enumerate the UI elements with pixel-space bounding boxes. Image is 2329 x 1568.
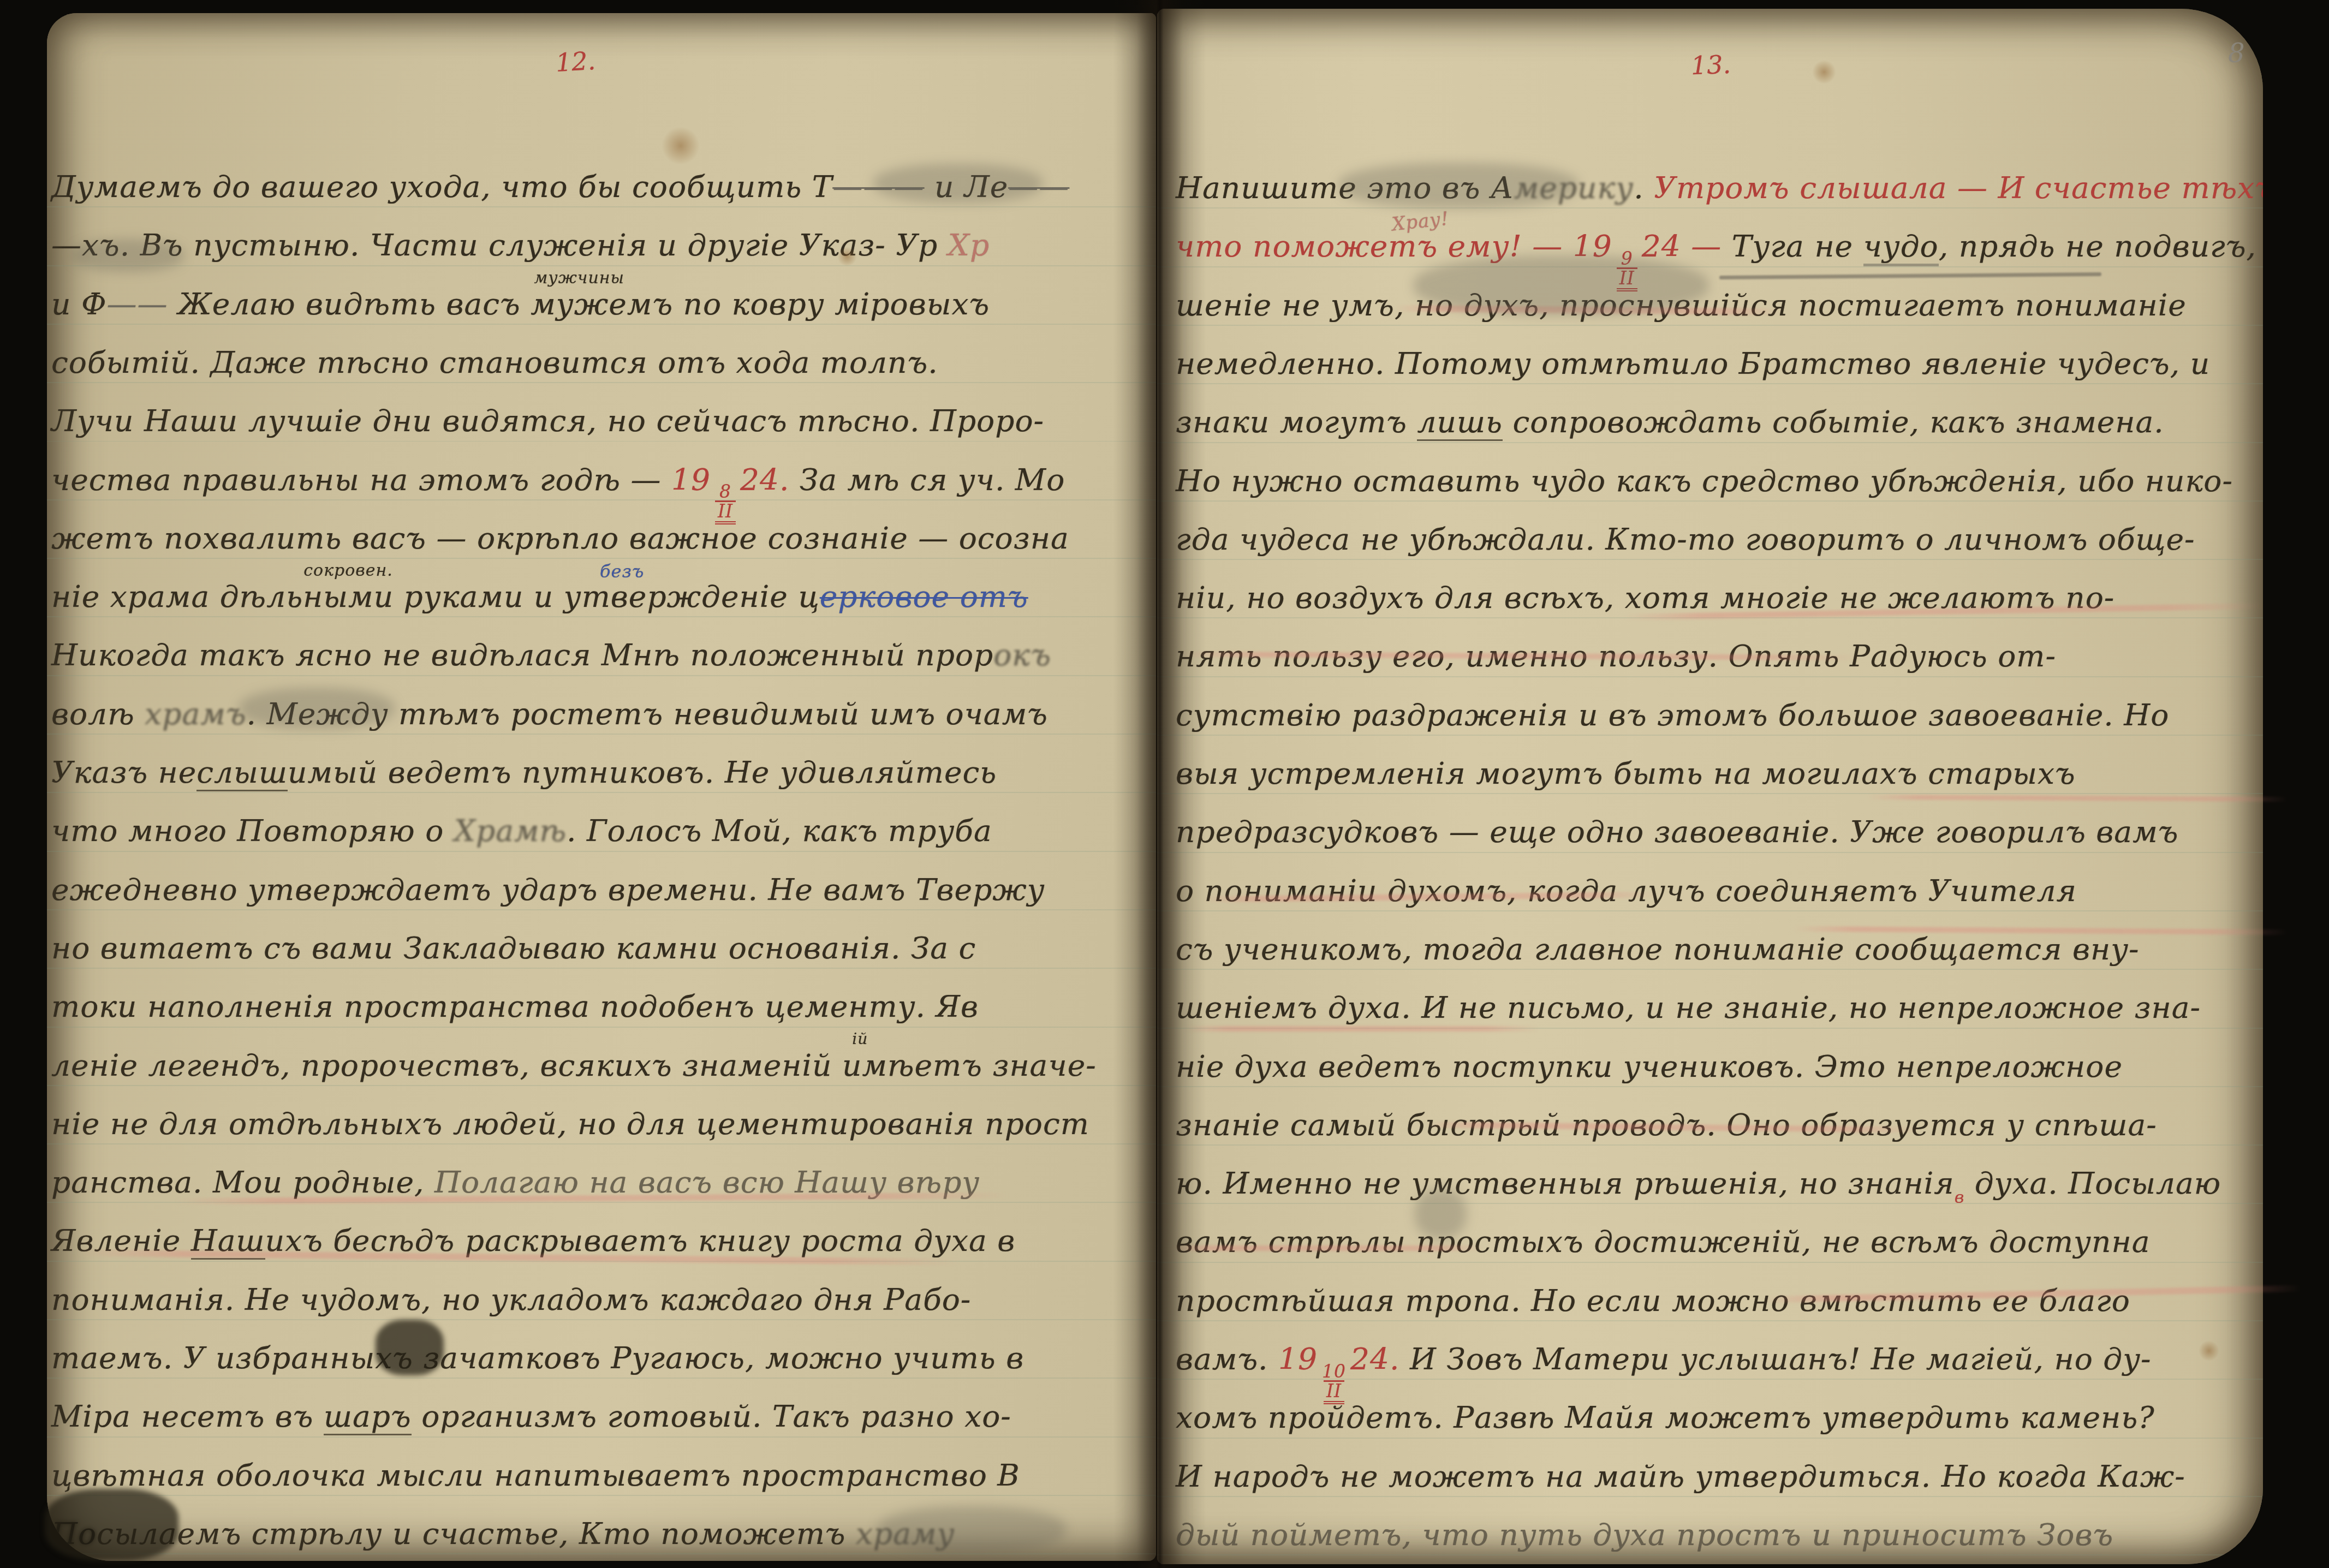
text-segment: ежедневно утверждаетъ ударъ времени. Не …: [51, 872, 1045, 907]
text-segment: Но нужно оставить чудо какъ средство убѣ…: [1176, 463, 2233, 498]
manuscript-line-left-1: Думаемъ до вашего ухода, что бы сообщить…: [51, 159, 1148, 214]
manuscript-line-right-9: нять пользу его, именно пользу. Опять Ра…: [1176, 629, 2256, 683]
text-segment: пониманія. Не чудомъ, но укладомъ каждаг…: [51, 1282, 971, 1317]
text-segment: хомъ пройдетъ. Развѣ Майя можетъ утверди…: [1176, 1400, 2155, 1435]
manuscript-line-left-12: что много Повторяю о Храмѣ. Голосъ Мой, …: [51, 803, 1148, 858]
text-segment: Думаемъ до вашего ухода, что бы сообщить…: [51, 169, 832, 204]
manuscript-line-left-22: Міра несетъ въ шаръ организмъ готовый. Т…: [51, 1389, 1148, 1444]
manuscript-line-right-3: шеніе не умъ, но духъ, проснувшійся пост…: [1176, 278, 2256, 332]
manuscript-line-left-2: —хъ. Въ пустыню. Части служенія и другіе…: [51, 218, 1148, 272]
manuscript-line-right-4: немедленно. Потому отмѣтило Братство явл…: [1176, 336, 2256, 391]
text-segment: ерковое отъ: [820, 579, 1028, 614]
text-segment: храмъ: [145, 696, 246, 731]
text-segment: 24 —: [1642, 229, 1722, 264]
manuscript-line-right-2: что поможетъ ему! — 199II24 — Туга не чу…: [1176, 219, 2256, 273]
manuscript-line-right-12: предразсудковъ — еще одно завоеваніе. Уж…: [1176, 804, 2256, 859]
manuscript-line-right-23: И народъ не можетъ на майѣ утвердиться. …: [1176, 1449, 2256, 1504]
text-segment: ю. Именно не умственныя рѣшенія, но знан…: [1176, 1166, 1955, 1201]
text-segment: лишь: [1417, 404, 1503, 441]
manuscript-line-left-8: ніе храма дѣльными руками и утвержденіе …: [51, 569, 1148, 624]
text-segment: жетъ похвалить васъ — окрѣпло важное соз…: [51, 521, 1069, 556]
text-segment: ———: [832, 169, 924, 204]
text-segment: в: [1955, 1188, 1965, 1207]
manuscript-line-left-3: и Ф—— Желаю видѣть васъ мужемъ по ковру …: [51, 277, 1148, 331]
text-segment: простѣйшая тропа. Но если можно вмѣстить…: [1176, 1283, 2130, 1318]
manuscript-line-right-24: дый пойметъ, что путь духа простъ и прин…: [1176, 1507, 2256, 1562]
text-segment: По: [51, 1516, 97, 1551]
text-segment: ——: [1008, 169, 1069, 204]
interline-insert: сокровен.: [303, 563, 393, 579]
manuscript-line-right-15: шеніемъ духа. И не письмо, и не знаніе, …: [1176, 980, 2256, 1035]
manuscript-line-right-10: сутствію раздраженія и въ этомъ большое …: [1176, 688, 2256, 742]
text-segment: съ ученикомъ, тогда главное пониманіе со…: [1176, 932, 2140, 967]
text-segment: организмъ готовый. Такъ разно хо-: [412, 1399, 1011, 1434]
text-segment: чудо: [1863, 229, 1939, 266]
manuscript-line-right-19: вамъ стрѣлы простыхъ достиженій, не всѣм…: [1176, 1214, 2256, 1269]
text-segment: слыш: [196, 755, 288, 791]
text-segment: .: [1634, 170, 1654, 205]
left-page: Думаемъ до вашего ухода, что бы сообщить…: [47, 13, 1156, 1561]
corner-numeral: 8: [2228, 38, 2245, 69]
text-segment: Храмѣ: [454, 813, 567, 848]
text-segment: 24.: [1350, 1342, 1399, 1376]
text-segment: дый пойметъ, что путь духа простъ и прин…: [1176, 1517, 2113, 1552]
manuscript-line-left-18: ранства. Мои родные, Полагаю на васъ всю…: [51, 1155, 1148, 1209]
text-segment: цвѣтная оболочка мысли напитываетъ прост…: [51, 1458, 1020, 1493]
text-segment: Утромъ слышала — И счастье тѣхъ: [1654, 170, 2263, 205]
text-segment: Наш: [191, 1223, 265, 1260]
text-segment: ранства. Мои родные,: [51, 1165, 434, 1200]
text-segment: вамъ.: [1176, 1342, 1278, 1376]
text-segment: Лучи Наши лучшіе дни видятся, но сейчасъ…: [51, 403, 1044, 438]
text-segment: мужемъ по ковру міровыхъ: [531, 287, 990, 321]
interline-insert: Храу!: [1391, 210, 1450, 234]
text-segment: немедленно. Потому отмѣтило Братство явл…: [1176, 346, 2210, 381]
manuscript-line-right-8: ніи, но воздухъ для всѣхъ, хотя многіе н…: [1176, 570, 2256, 625]
manuscript-line-left-24: Посылаемъ стрѣлу и счастье, Кто поможетъ…: [51, 1506, 1148, 1561]
manuscript-line-right-16: ніе духа ведетъ поступки учениковъ. Это …: [1176, 1039, 2256, 1094]
right-page: Напишите это въ Америку. Утромъ слышала …: [1157, 9, 2263, 1564]
text-segment: знаки могутъ: [1176, 404, 1417, 439]
manuscript-line-left-4: событій. Даже тѣсно становится отъ хода …: [51, 335, 1148, 390]
text-segment: волѣ: [51, 696, 145, 731]
text-segment: сопровождать событіе, какъ знамена.: [1503, 404, 2164, 439]
manuscript-line-right-21: вамъ. 1910II24. И Зовъ Матери услышанъ! …: [1176, 1332, 2256, 1386]
text-segment: 19: [671, 462, 711, 497]
manuscript-line-left-19: Явленіе Нашихъ бесѣдъ раскрываетъ книгу …: [51, 1213, 1148, 1268]
text-segment: , прядь не подвигъ, ру-: [1939, 229, 2263, 264]
text-segment: и Ле: [924, 169, 1008, 204]
text-segment: 19: [1278, 1342, 1318, 1376]
manuscript-line-left-17: ніе не для отдѣльныхъ людей, но для цеме…: [51, 1096, 1148, 1151]
text-segment: шаръ: [324, 1399, 412, 1435]
text-segment: духа. Посылаю: [1964, 1166, 2221, 1201]
manuscript-line-right-17: знаніе самый быстрый проводъ. Оно образу…: [1176, 1098, 2256, 1152]
text-segment: — 19: [1532, 229, 1612, 264]
text-segment: и Ф: [51, 287, 107, 321]
text-segment: Хр: [938, 228, 990, 263]
text-segment: чества правильны на этомъ годѣ —: [51, 462, 671, 497]
text-segment: Полагаю на васъ всю Нашу вѣру: [434, 1165, 980, 1200]
text-segment: ихъ бесѣдъ раскрываетъ книгу роста духа …: [265, 1223, 1016, 1258]
manuscript-line-right-22: хомъ пройдетъ. Развѣ Майя можетъ утверди…: [1176, 1390, 2256, 1445]
manuscript-photo: Думаемъ до вашего ухода, что бы сообщить…: [0, 0, 2329, 1568]
text-segment: событій. Даже тѣсно становится отъ хода …: [51, 345, 938, 380]
text-segment: . Голосъ Мой, какъ труба: [567, 813, 992, 848]
text-segment: таемъ. У избранныхъ зачатковъ Ругаюсь, м…: [51, 1340, 1024, 1375]
text-segment: знаніе самый быстрый проводъ. Оно образу…: [1176, 1107, 2157, 1142]
text-segment: ніе не для отдѣльныхъ людей, но для цеме…: [51, 1106, 1089, 1141]
manuscript-line-left-11: Указъ неслышимый ведетъ путниковъ. Не уд…: [51, 745, 1148, 800]
text-segment: . Между тѣмъ ростетъ невидимый имъ очамъ: [246, 696, 1047, 731]
text-segment: Явленіе: [51, 1223, 191, 1258]
manuscript-line-right-11: выя устремленія могутъ быть на могилахъ …: [1176, 746, 2256, 801]
text-segment: но витаетъ съ вами Закладываю камни осно…: [51, 931, 976, 965]
text-segment: 24.: [740, 462, 789, 497]
text-segment: окъ: [993, 637, 1051, 672]
text-segment: Напишите это въ А: [1176, 170, 1514, 205]
manuscript-line-left-15: токи наполненія пространства подобенъ це…: [51, 979, 1148, 1034]
text-segment: леніе легендъ, пророчествъ, всякихъ знам…: [51, 1048, 1097, 1083]
text-segment: ніе храма дѣльными руками и утвержденіе …: [51, 579, 820, 614]
manuscript-line-right-18: ю. Именно не умственныя рѣшенія, но знан…: [1176, 1156, 2256, 1211]
manuscript-line-right-13: о пониманіи духомъ, когда лучъ соединяет…: [1176, 863, 2256, 918]
manuscript-line-right-6: Но нужно оставить чудо какъ средство убѣ…: [1176, 454, 2256, 508]
text-segment: гда чудеса не убѣждали. Кто-то говоритъ …: [1176, 522, 2195, 557]
text-segment: И Зовъ Матери услышанъ! Не магіей, но ду…: [1400, 1342, 2152, 1376]
interline-insert: мужчины: [534, 270, 624, 287]
text-segment: вамъ стрѣлы простыхъ достиженій, не всѣм…: [1176, 1224, 2150, 1259]
text-segment: о пониманіи духомъ, когда лучъ соединяет…: [1176, 873, 2077, 908]
manuscript-line-left-20: пониманія. Не чудомъ, но укладомъ каждаг…: [51, 1272, 1148, 1327]
text-segment: храму: [856, 1516, 955, 1551]
text-segment: Міра несетъ въ: [51, 1399, 324, 1434]
text-segment: шеніемъ духа. И не письмо, и не знаніе, …: [1176, 990, 2201, 1025]
manuscript-line-left-14: но витаетъ съ вами Закладываю камни осно…: [51, 921, 1148, 975]
text-segment: шеніе не умъ, но духъ, проснувшійся пост…: [1176, 288, 2187, 323]
manuscript-line-left-9: Никогда такъ ясно не видѣлася Мнѣ положе…: [51, 628, 1148, 682]
text-segment: токи наполненія пространства подобенъ це…: [51, 989, 979, 1024]
text-segment: Туга не: [1722, 229, 1863, 264]
text-segment: Указъ не: [51, 755, 196, 790]
manuscript-line-right-20: простѣйшая тропа. Но если можно вмѣстить…: [1176, 1273, 2256, 1328]
text-segment: ніи, но воздухъ для всѣхъ, хотя многіе н…: [1176, 580, 2114, 615]
interline-insert: ій: [852, 1032, 868, 1047]
text-segment: сылаемъ стрѣлу и счастье, Кто поможетъ: [97, 1516, 856, 1551]
manuscript-line-left-21: таемъ. У избранныхъ зачатковъ Ругаюсь, м…: [51, 1331, 1148, 1385]
text-segment: выя устремленія могутъ быть на могилахъ …: [1176, 756, 2076, 791]
text-segment: ніе духа ведетъ поступки учениковъ. Это …: [1176, 1049, 2123, 1084]
text-segment: что много Повторяю о: [51, 813, 454, 848]
text-segment: нять пользу его, именно пользу. Опять Ра…: [1176, 639, 2056, 673]
text-segment: ——: [107, 287, 168, 321]
page-number-left: 12.: [555, 46, 597, 77]
page-number-right: 13.: [1690, 50, 1731, 81]
manuscript-line-left-10: волѣ храмъ. Между тѣмъ ростетъ невидимый…: [51, 687, 1148, 741]
text-segment: сутствію раздраженія и въ этомъ большое …: [1176, 697, 2169, 732]
manuscript-line-left-7: жетъ похвалить васъ — окрѣпло важное соз…: [51, 511, 1148, 565]
manuscript-line-right-1: Напишите это въ Америку. Утромъ слышала …: [1176, 160, 2256, 215]
text-segment: И народъ не можетъ на майѣ утвердиться. …: [1176, 1459, 2185, 1494]
manuscript-line-left-13: ежедневно утверждаетъ ударъ времени. Не …: [51, 862, 1148, 917]
text-segment: Никогда такъ ясно не видѣлася Мнѣ положе…: [51, 637, 993, 672]
text-segment: имый ведетъ путниковъ. Не удивляйтесь: [288, 755, 997, 790]
text-segment: предразсудковъ — еще одно завоеваніе. Уж…: [1176, 814, 2178, 849]
manuscript-line-right-7: гда чудеса не убѣждали. Кто-то говоритъ …: [1176, 512, 2256, 567]
text-segment: что поможетъ ему!: [1176, 229, 1532, 264]
text-segment: Желаю видѣть васъ: [168, 287, 531, 321]
manuscript-line-left-6: чества правильны на этомъ годѣ — 198II24…: [51, 452, 1148, 507]
manuscript-line-left-23: цвѣтная оболочка мысли напитываетъ прост…: [51, 1448, 1148, 1503]
manuscript-line-left-16: леніе легендъ, пророчествъ, всякихъ знам…: [51, 1038, 1148, 1093]
manuscript-line-right-14: съ ученикомъ, тогда главное пониманіе со…: [1176, 922, 2256, 976]
text-segment: мерику: [1514, 170, 1634, 205]
text-segment: —хъ. Въ пустыню. Части служенія и другіе…: [51, 228, 938, 263]
manuscript-line-left-5: Лучи Наши лучшіе дни видятся, но сейчасъ…: [51, 394, 1148, 448]
interline-insert: безъ: [600, 563, 644, 580]
text-segment: За мѣ ся уч. Мо: [789, 462, 1065, 497]
manuscript-line-right-5: знаки могутъ лишь сопровождать событіе, …: [1176, 395, 2256, 449]
